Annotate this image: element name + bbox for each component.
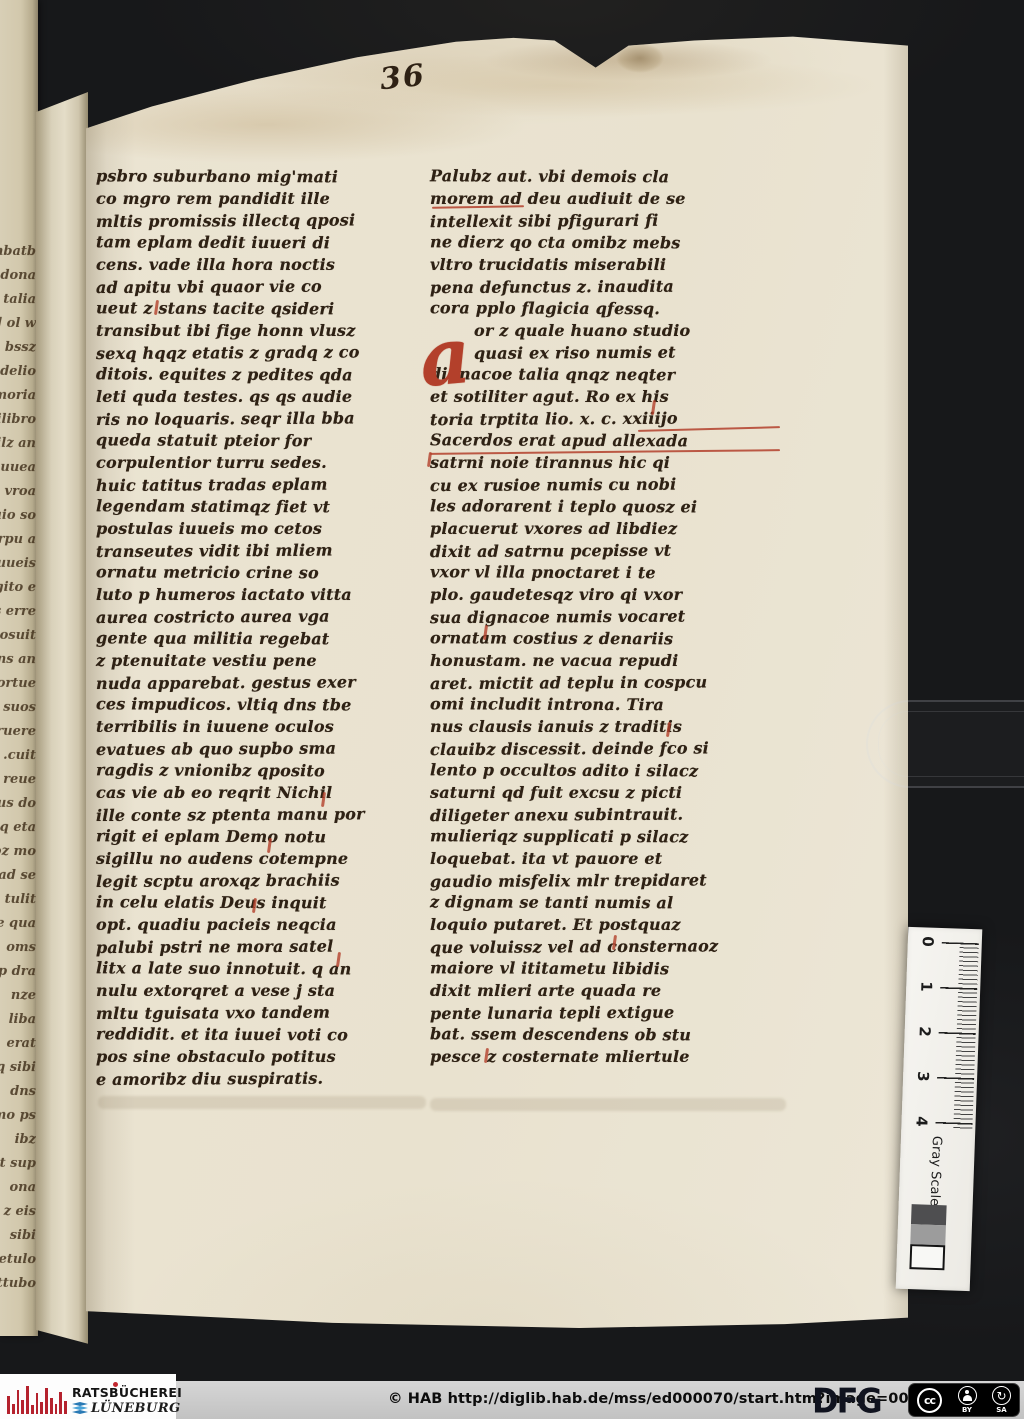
manuscript-line: terribilis in iuuene oculos [96,716,430,738]
manuscript-line: ne dierz qo cta omibz mebs [430,231,796,255]
manuscript-line: loquio putaret. Et postquaz [430,914,796,936]
manuscript-line: maiore vl ititametu libidis [430,957,796,981]
facing-page-fragment: dns [0,1080,38,1104]
manuscript-line: nulu extorqret a vese j sta [96,980,430,1002]
manuscript-line: ris no loquaris. seqr illa bba [96,407,430,431]
facing-page-fragment: ens an [0,648,38,672]
library-name: RATSBÜCHEREI [72,1385,182,1400]
manuscript-line: co mgro rem pandidit ille [96,188,430,210]
manuscript-line: nuda apparebat. gestus exer [96,671,430,695]
clip-outline-inner [878,711,1024,777]
manuscript-line: transibut ibi fige honn vlusz [96,320,430,342]
manuscript-line: palubi pstri ne mora satel [96,935,430,959]
manuscript-line: cora pplo flagicia qfessq. [430,297,796,321]
manuscript-line: pos sine obstaculo potitus [96,1046,430,1068]
facing-page-fragment: iuio so [0,504,38,528]
facing-page-fragment: tulit [0,888,38,912]
manuscript-line: queda statuit pteior for [96,429,430,452]
cc-license-badge: cc BY ↻ SA [908,1383,1020,1417]
facing-page-fragment: posuit [0,624,38,648]
cc-icon: cc [917,1388,942,1413]
library-city: LÜNEBURG [91,1401,181,1416]
manuscript-line: legit scptu aroxqz brachiis [96,869,430,893]
facing-page-fragment: z eis [0,1200,38,1224]
umlaut-dot-icon [113,1382,118,1387]
facing-page-fragment: suos [0,696,38,720]
manuscript-line: sigillu no audens cotempne [96,848,430,870]
manuscript-line: nus clausis ianuis z traditis [430,716,796,738]
facing-page-edge: ombatbdio donaaue taliasd ol wao bsszat … [0,0,38,1336]
gray-patch-white [909,1244,945,1270]
manuscript-line: omi includit introna. Tira [430,693,796,717]
lueneburg-book-icon [72,1402,88,1415]
manuscript-line: placuerut vxores ad libdiez [430,518,796,540]
gray-scale-label: Gray Scale [927,1136,944,1207]
manuscript-line: et sotiliter agut. Ro ex his [430,386,796,408]
manuscript-line: mulieriqz supplicati p silacz [430,825,796,849]
manuscript-line: leti quda testes. qs qs audie [96,386,430,408]
manuscript-line: dixit ad satrnu pcepisse vt [430,539,796,563]
facing-page-fragment: nze [0,984,38,1008]
facing-page-fragment: ombatb [0,240,38,264]
ink-bleedthrough [430,1098,786,1111]
manuscript-line: z ptenuitate vestiu pene [96,650,430,672]
manuscript-line: pena defunctus z. inaudita [430,275,796,299]
manuscript-line: ces impudicos. vltiq dns tbe [96,693,430,716]
manuscript-line: transeutes vidit ibi mliem [96,539,430,563]
ruler-number: 1 [918,978,935,995]
manuscript-line: ragdis z vnionibz qposito [96,759,430,782]
manuscript-line: loquebat. ita vt pauore et [430,848,796,870]
manuscript-line: les adorarent i teplo quosz ei [430,495,796,519]
dfg-logo: DFG [812,1381,881,1419]
ratsbuecherei-bars-icon [7,1380,67,1414]
facing-page-fragment: dio dona [0,264,38,288]
manuscript-line: ille conte sz ptenta manu por [96,803,430,827]
manuscript-line: lento p occultos adito i silacz [430,759,796,783]
facing-page-fragment: mo ps [0,1104,38,1128]
manuscript-line: luto p humeros iactato vitta [96,584,430,606]
facing-page-fragment: erat [0,1032,38,1056]
manuscript-line: aret. mictit ad teplu in cospcu [430,671,796,695]
facing-page-fragment: ad se [0,864,38,888]
footer-bar: RATSBÜCHEREI LÜNEBURG © HAB http://digli… [0,1381,1024,1419]
facing-page-fragment: a reue [0,768,38,792]
facing-page-fragment: sd ol w [0,312,38,336]
library-logo-text: RATSBÜCHEREI LÜNEBURG [72,1385,182,1416]
manuscript-line: rigit ei eplam Demo notu [96,825,430,848]
top-edge-stain [608,42,672,82]
ruler-ticks-cm [935,942,978,1125]
manuscript-line: legendam statimqz fiet vt [96,495,430,518]
gray-patch-mid [910,1224,946,1245]
ruler-numbers: 01234 [913,933,936,1129]
facing-page-fragment: ona [0,1176,38,1200]
manuscript-line: mltis promissis illectq qposi [96,209,430,233]
page-holder-clip [866,700,1024,788]
facing-page-fragment: aue talia [0,288,38,312]
manuscript-line: vltro trucidatis miserabili [430,254,796,276]
manuscript-line: evatues ab quo supbo sma [96,737,430,761]
ink-bleedthrough [98,1096,426,1109]
facing-page-fragments: ombatbdio donaaue taliasd ol wao bsszat … [0,240,38,1296]
manuscript-line: intellexit sibi pfigurari fi [430,209,796,233]
facing-page-fragment: gito e [0,576,38,600]
manuscript-line: plo. gaudetesqz viro qi vxor [430,584,796,606]
manuscript-column-right: Palubz aut. vbi demois clamorem ad deu a… [430,166,796,1068]
facing-page-fragment: a iuuea [0,456,38,480]
manuscript-line: satrni noie tirannus hic qi [430,452,796,474]
manuscript-line: quasi ex riso numis et [430,341,796,365]
book-gutter [36,92,88,1350]
cc-by-label: BY [962,1406,972,1414]
manuscript-line: or z quale huano studio [430,320,796,342]
manuscript-line: tam eplam dedit iuueri di [96,231,430,254]
manuscript-line: psbro suburbano mig'mati [96,165,430,188]
facing-page-fragment: rilibro [0,408,38,432]
facing-page-fragment: iuueis [0,552,38,576]
facing-page-fragment: ao bssz [0,336,38,360]
cc-by-person-icon [958,1386,977,1405]
manuscript-line: opt. quadiu pacieis neqcia [96,914,430,936]
manuscript-line: gente qua militia regebat [96,627,430,650]
facing-page-fragment: eilz an [0,432,38,456]
facing-page-fragment: oms [0,936,38,960]
manuscript-line: cu ex rusioe numis cu nobi [430,473,796,497]
manuscript-line: ueut z stans tacite qsideri [96,297,430,320]
facing-page-fragment: emoria [0,384,38,408]
gray-patch-dark [911,1204,947,1225]
facing-page-fragment: us do [0,792,38,816]
facing-page-fragment: p dra [0,960,38,984]
manuscript-line: saturni qd fuit excsu z picti [430,782,796,804]
facing-page-fragment: eruere [0,720,38,744]
ruler-number: 0 [920,933,937,950]
cc-sa-arrow-icon: ↻ [992,1386,1011,1405]
ruler-number: 2 [916,1023,933,1040]
facing-page-fragment: sibi [0,1224,38,1248]
facing-page-fragment: ut sup [0,1152,38,1176]
facing-page-fragment: liba [0,1008,38,1032]
manuscript-line: Palubz aut. vbi demois cla [430,165,796,189]
manuscript-line: dixit mlieri arte quada re [430,980,796,1002]
manuscript-line: ad apitu vbi quaor vie co [96,275,430,299]
facing-page-fragment: i fortue [0,672,38,696]
cc-sa-block: ↻ SA [992,1386,1011,1414]
manuscript-line: sexq hqqz etatis z gradq z co [96,341,430,365]
facing-page-fragment: s erre [0,600,38,624]
facing-page-fragment: ibz [0,1128,38,1152]
facing-page-fragment: attubo [0,1272,38,1296]
manuscript-line: in celu elatis Deus inquit [96,891,430,914]
facing-page-fragment: detulo [0,1248,38,1272]
manuscript-line: diligeter anexu subintrauit. [430,803,796,827]
manuscript-line: honustam. ne vacua repudi [430,650,796,672]
manuscript-line: vxor vl illa pnoctaret i te [430,561,796,585]
manuscript-line: gaudio misfelix mlr trepidaret [430,869,796,893]
manuscript-line: clauibz discessit. deinde fco si [430,737,796,761]
manuscript-line: cas vie ab eo reqrit Nichil [96,782,430,804]
manuscript-line: z dignam se tanti numis al [430,891,796,915]
manuscript-column-left: psbro suburbano mig'matico mgro rem pand… [96,166,430,1090]
manuscript-line: pente lunaria tepli extigue [430,1001,796,1025]
facing-page-fragment: e qua [0,912,38,936]
facing-page-fragment: cuit. [0,744,38,768]
manuscript-line: huic tatitus tradas eplam [96,473,430,497]
manuscript-line: ditois. equites z pedites qda [96,363,430,386]
facing-page-fragment: rpu a [0,528,38,552]
cc-by-block: BY [958,1386,977,1414]
gray-scale-ruler: 01234 Gray Scale [896,927,983,1291]
ruler-number: 3 [915,1068,932,1085]
manuscript-line: corpulentior turru sedes. [96,452,430,474]
facing-page-fragment: s vroa [0,480,38,504]
ratsbuecherei-logo: RATSBÜCHEREI LÜNEBURG [0,1374,176,1419]
folio-number: 36 [378,58,427,98]
manuscript-line: aurea costricto aurea vga [96,605,430,629]
facing-page-fragment: q eta [0,816,38,840]
facing-page-fragment: at delio [0,360,38,384]
facing-page-fragment: bz mo [0,840,38,864]
manuscript-line: cens. vade illa hora noctis [96,254,430,276]
manuscript-line: ornatu metricio crine so [96,561,430,584]
facing-page-fragment: q sibi [0,1056,38,1080]
manuscript-line: bat. ssem descendens ob stu [430,1023,796,1047]
rubricated-initial: a [417,316,474,400]
manuscript-line: e amoribz diu suspiratis. [96,1067,430,1091]
manuscript-line: dignacoe talia qnqz neqter [430,363,796,387]
cc-sa-label: SA [996,1406,1006,1414]
manuscript-line: litx a late suo innotuit. q an [96,957,430,980]
manuscript-page: 36 psbro suburbano mig'matico mgro rem p… [86,34,908,1328]
manuscript-line: mltu tguisata vxo tandem [96,1001,430,1025]
manuscript-line: reddidit. et ita iuuei voti co [96,1023,430,1046]
manuscript-line: postulas iuueis mo cetos [96,518,430,540]
ruler-number: 4 [913,1113,930,1130]
